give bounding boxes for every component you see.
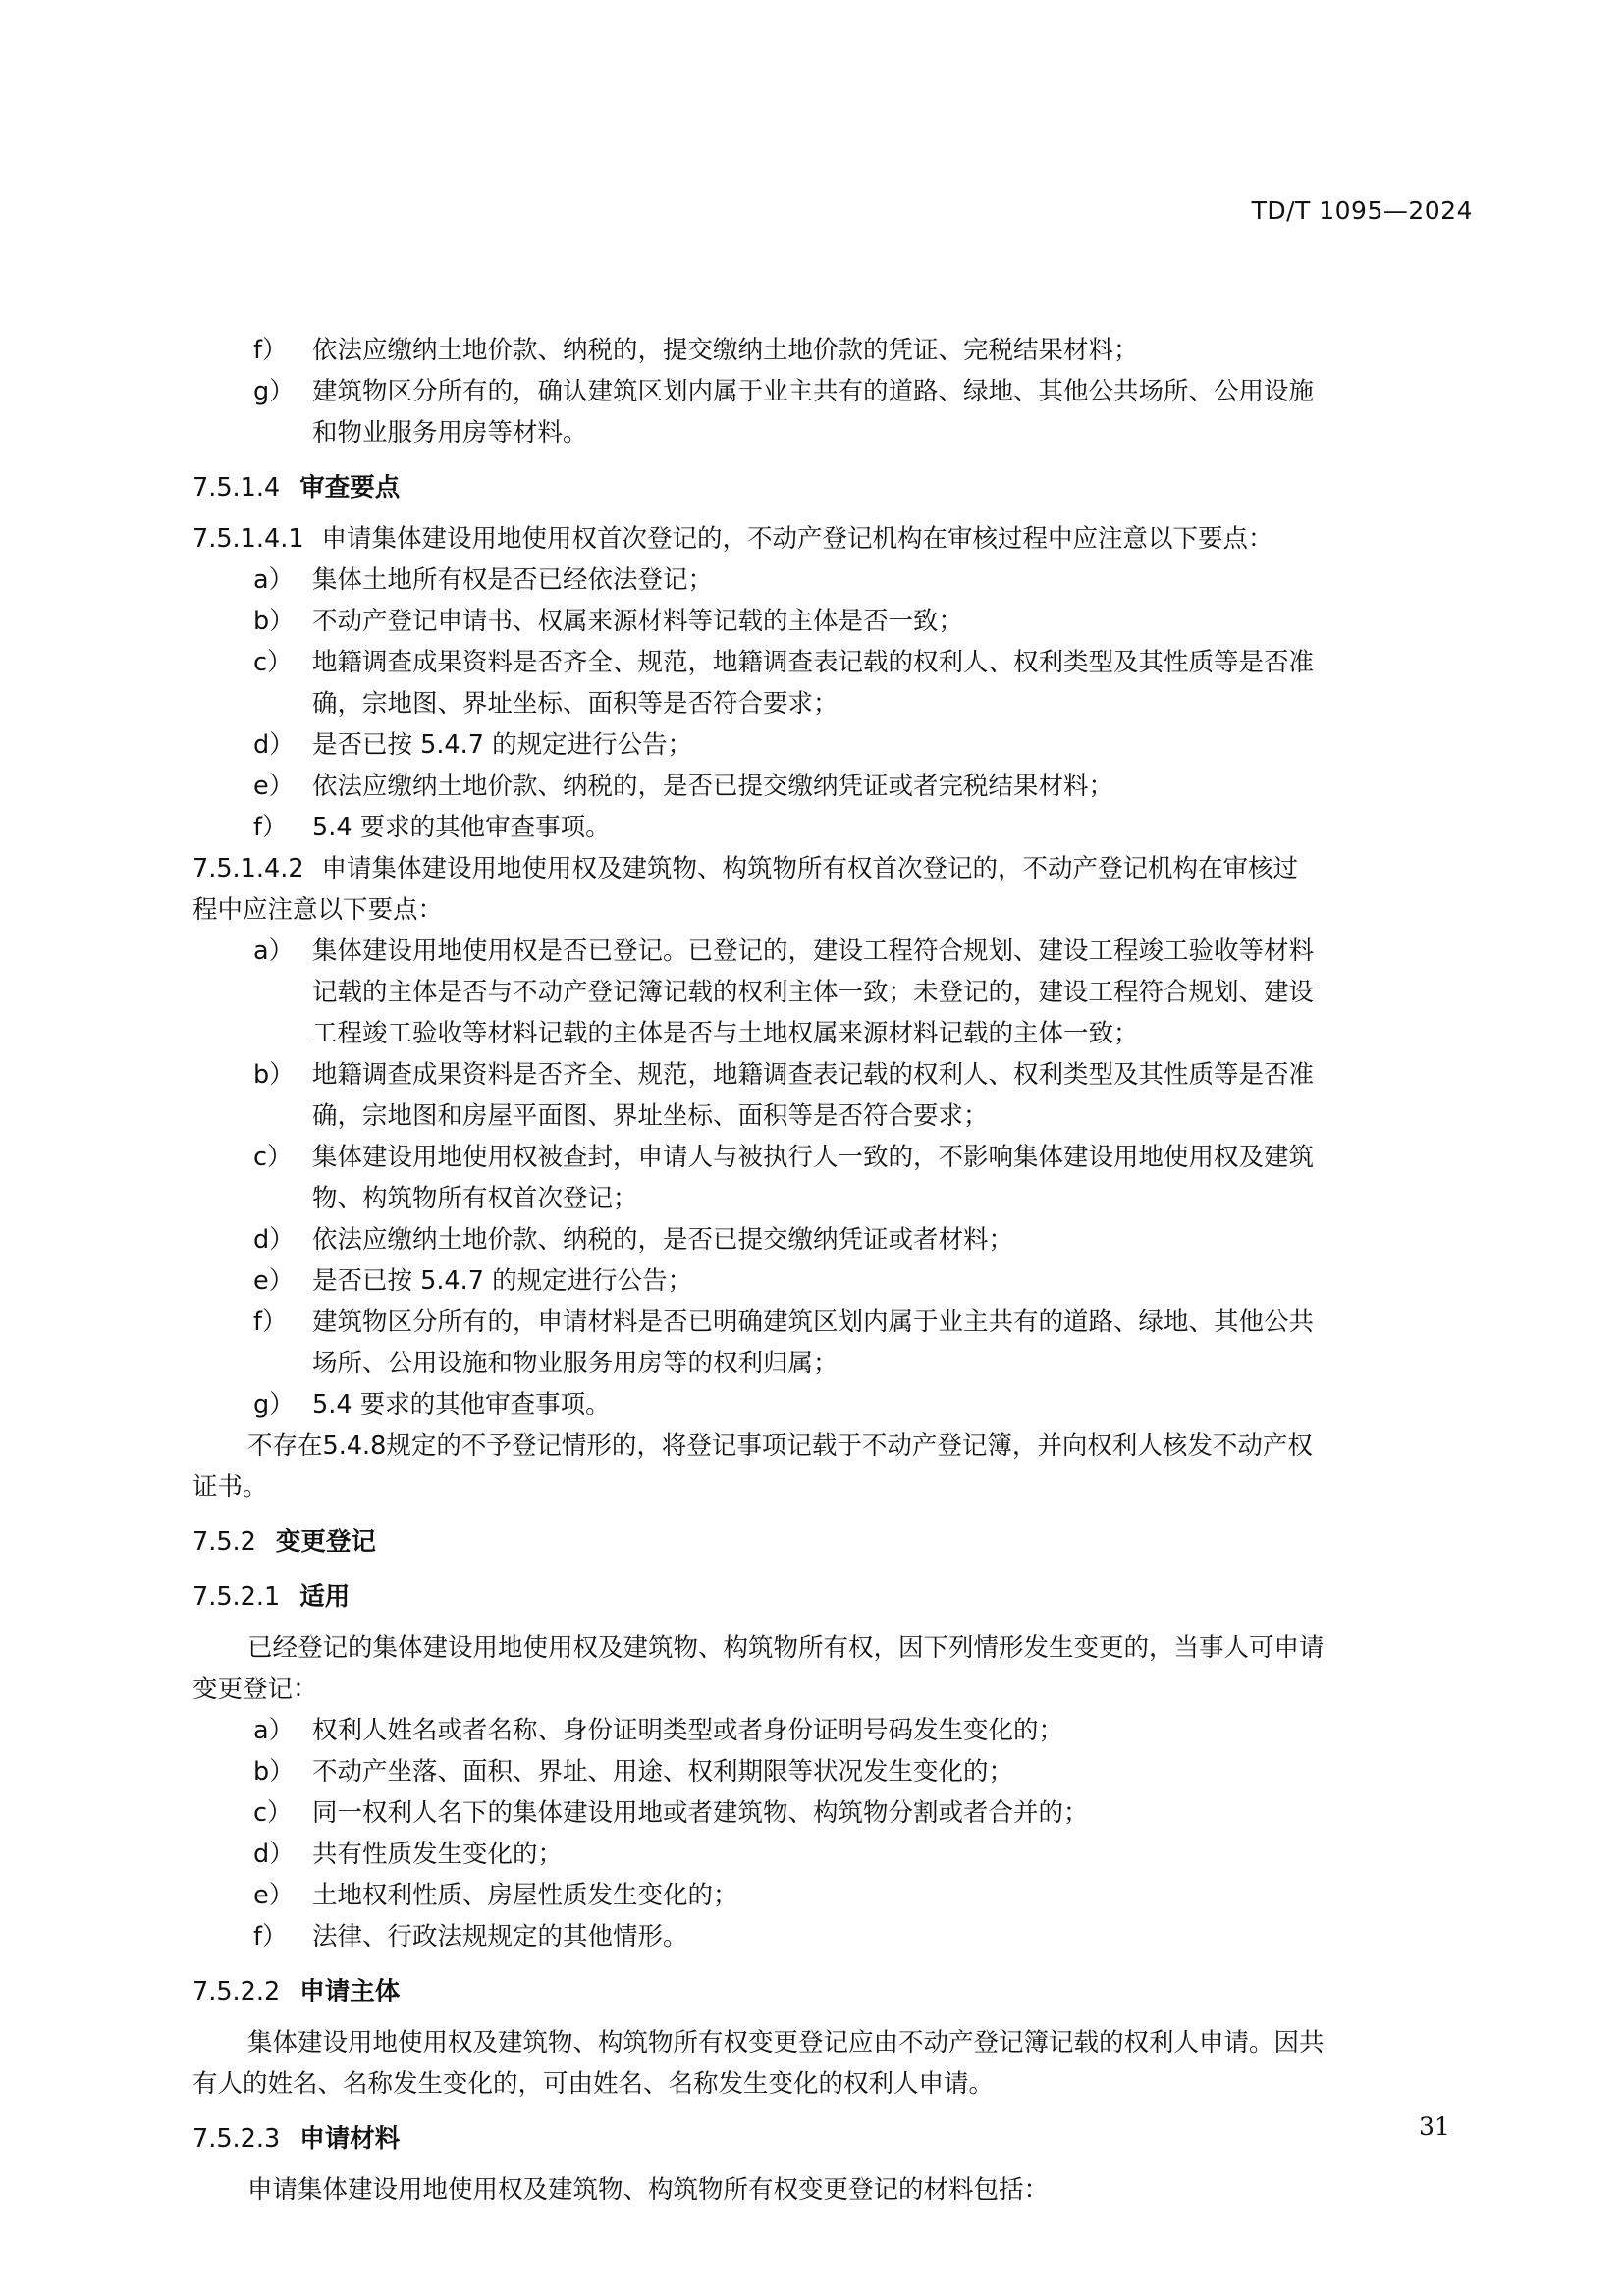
section-7521-body: 已经登记的集体建设用地使用权及建筑物、构筑物所有权，因下列情形发生变更的，当事人… — [192, 1628, 1487, 1957]
section-heading-7514: 7.5.1.4审查要点 — [192, 467, 1487, 508]
list-item: b）不动产坐落、面积、界址、用途、权利期限等状况发生变化的； — [192, 1751, 1487, 1792]
clause-75142: 7.5.1.4.2申请集体建设用地使用权及建筑物、构筑物所有权首次登记的，不动产… — [192, 848, 1487, 1508]
section-7522-body: 集体建设用地使用权及建筑物、构筑物所有权变更登记应由不动产登记簿记载的权利人申请… — [192, 2022, 1487, 2105]
page-number: 31 — [1419, 2112, 1450, 2141]
section-7523-body: 申请集体建设用地使用权及建筑物、构筑物所有权变更登记的材料包括： — [192, 2169, 1487, 2211]
list-item: d）依法应缴纳土地价款、纳税的，是否已提交缴纳凭证或者材料； — [192, 1219, 1487, 1260]
clause-75141: 7.5.1.4.1申请集体建设用地使用权首次登记的，不动产登记机构在审核过程中应… — [192, 518, 1487, 848]
list-item: c）同一权利人名下的集体建设用地或者建筑物、构筑物分割或者合并的； — [192, 1792, 1487, 1834]
list-item: e）是否已按 5.4.7 的规定进行公告； — [192, 1260, 1487, 1302]
list-item: f）5.4 要求的其他审查事项。 — [192, 807, 1487, 848]
list-item: g）5.4 要求的其他审查事项。 — [192, 1384, 1487, 1425]
list-item: c）集体建设用地使用权被查封，申请人与被执行人一致的，不影响集体建设用地使用权及… — [192, 1137, 1487, 1178]
list-item: e）土地权利性质、房屋性质发生变化的； — [192, 1875, 1487, 1916]
list-item: a）集体土地所有权是否已经依法登记； — [192, 560, 1487, 601]
list-item: a）权利人姓名或者名称、身份证明类型或者身份证明号码发生变化的； — [192, 1710, 1487, 1751]
document-body: f）依法应缴纳土地价款、纳税的，提交缴纳土地价款的凭证、完税结果材料； g）建筑… — [192, 330, 1487, 2211]
list-item: f）依法应缴纳土地价款、纳税的，提交缴纳土地价款的凭证、完税结果材料； — [192, 330, 1487, 371]
list-item: g）建筑物区分所有的，确认建筑区划内属于业主共有的道路、绿地、其他公共场所、公用… — [192, 371, 1487, 454]
list-item: b）地籍调查成果资料是否齐全、规范，地籍调查表记载的权利人、权利类型及其性质等是… — [192, 1054, 1487, 1095]
list-item: a）集体建设用地使用权是否已登记。已登记的，建设工程符合规划、建设工程竣工验收等… — [192, 931, 1487, 972]
list-item: f）建筑物区分所有的，申请材料是否已明确建筑区划内属于业主共有的道路、绿地、其他… — [192, 1302, 1487, 1343]
section-heading-7521: 7.5.2.1适用 — [192, 1576, 1487, 1618]
section-heading-752: 7.5.2变更登记 — [192, 1522, 1487, 1563]
list-item: b）不动产登记申请书、权属来源材料等记载的主体是否一致； — [192, 601, 1487, 642]
section-heading-7523: 7.5.2.3申请材料 — [192, 2118, 1487, 2160]
list-item: d）共有性质发生变化的； — [192, 1834, 1487, 1875]
section-heading-7522: 7.5.2.2申请主体 — [192, 1971, 1487, 2012]
list-item: c）地籍调查成果资料是否齐全、规范，地籍调查表记载的权利人、权利类型及其性质等是… — [192, 642, 1487, 683]
list-item: e）依法应缴纳土地价款、纳税的，是否已提交缴纳凭证或者完税结果材料； — [192, 766, 1487, 807]
standard-code: TD/T 1095—2024 — [1252, 196, 1473, 225]
closing-paragraph: 不存在5.4.8规定的不予登记情形的，将登记事项记载于不动产登记簿，并向权利人核… — [192, 1425, 1487, 1467]
list-item: d）是否已按 5.4.7 的规定进行公告； — [192, 724, 1487, 766]
list-item: f）法律、行政法规规定的其他情形。 — [192, 1916, 1487, 1957]
